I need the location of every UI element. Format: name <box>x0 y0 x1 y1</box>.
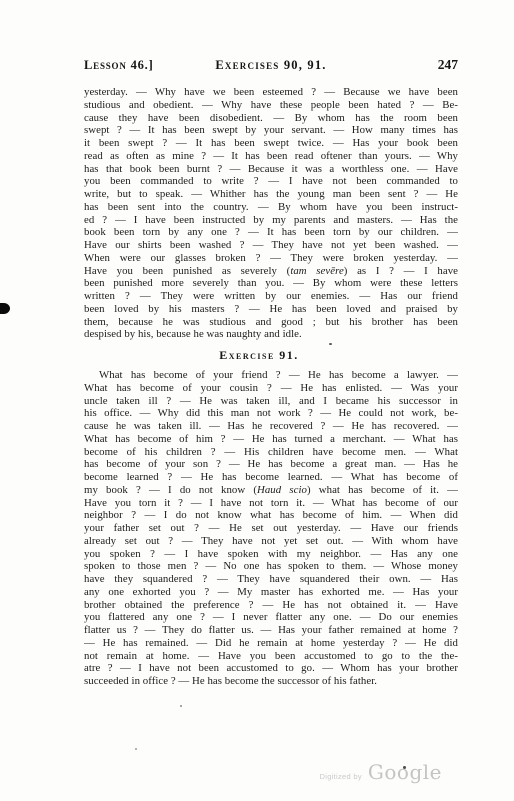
book-page: Lesson 46.] Exercises 90, 91. 247 yester… <box>0 0 514 801</box>
text-line: any one exhorted you ? — My master has e… <box>84 586 458 599</box>
text-line: uncle taken ill ? — He was taken ill, an… <box>84 395 458 408</box>
text-line: it been swept ? — It has been swept twic… <box>84 137 458 150</box>
text-line: When were our glasses broken ? — They we… <box>84 252 458 265</box>
text-line: studious and obedient. — Why have these … <box>84 99 458 112</box>
text-line: What has become of your friend ? — He ha… <box>84 369 458 382</box>
text-line: neighbor ? — I do not know what has beco… <box>84 509 458 522</box>
text-line: yesterday. — Why have we been esteemed ?… <box>84 86 458 99</box>
text-line: has that book been burnt ? — Because it … <box>84 163 458 176</box>
text-line: your father set out ? — He set out yeste… <box>84 522 458 535</box>
text-line: written ? — They were written by our ene… <box>84 290 458 303</box>
watermark: Digitized by Google <box>320 760 442 786</box>
text-line: — He has remained. — Did he remain at ho… <box>84 637 458 650</box>
exercise-91-paragraph: What has become of your friend ? — He ha… <box>84 369 458 688</box>
ink-speck <box>329 343 332 345</box>
text-line: despised by his, because he was naughty … <box>84 328 458 341</box>
ink-speck <box>135 748 137 750</box>
text-line: ed ? — I have been instructed by my pare… <box>84 214 458 227</box>
digitized-by-label: Digitized by <box>320 772 362 781</box>
text-line: his office. — Why did this man not work … <box>84 407 458 420</box>
text-line: has been sent into the country. — By who… <box>84 201 458 214</box>
text-line: spoken to those men ? — No one has spoke… <box>84 560 458 573</box>
text-line: my book ? — I do not know (Haud scio) wh… <box>84 484 458 497</box>
text-line: Have you been punished as severely (tam … <box>84 265 458 278</box>
text-line: Have our shirts been washed ? — They hav… <box>84 239 458 252</box>
text-line: not remain at home. — Have you been accu… <box>84 650 458 663</box>
text-line: already set out ? — They have not yet se… <box>84 535 458 548</box>
text-line: What has become of him ? — He has turned… <box>84 433 458 446</box>
text-line: been punished more severely than you. — … <box>84 277 458 290</box>
exercise-91-heading: Exercise 91. <box>84 348 434 363</box>
text-line: write, but to speak. — Whither has the y… <box>84 188 458 201</box>
running-title: Exercises 90, 91. <box>84 58 458 73</box>
text-line: What has become of your cousin ? — He ha… <box>84 382 458 395</box>
text-line: read as often as mine ? — It has been re… <box>84 150 458 163</box>
text-line: Have you torn it ? — I have not torn it.… <box>84 497 458 510</box>
google-logo: Google <box>368 760 442 784</box>
text-line: become learned ? — He has become learned… <box>84 471 458 484</box>
text-line: them, because he was studious and good ;… <box>84 316 458 329</box>
text-line: atre ? — I have not been accustomed to g… <box>84 662 458 675</box>
text-line: become of his children ? — His children … <box>84 446 458 459</box>
text-line: you flattered any one ? — I never flatte… <box>84 611 458 624</box>
text-line: cause he was taken ill. — Has he recover… <box>84 420 458 433</box>
text-line: brother obtained the preference ? — He h… <box>84 599 458 612</box>
text-line: has become of your son ? — He has become… <box>84 458 458 471</box>
text-line: been loved by his masters ? — He has bee… <box>84 303 458 316</box>
ink-speck <box>180 705 182 707</box>
exercise-90-paragraph: yesterday. — Why have we been esteemed ?… <box>84 86 458 341</box>
text-line: book been torn by any one ? — It has bee… <box>84 226 458 239</box>
ink-blot <box>0 303 10 314</box>
text-line: cause they have been disobedient. — By w… <box>84 112 458 125</box>
text-line: have they squandered ? — They have squan… <box>84 573 458 586</box>
text-line: flatter us ? — They do flatter us. — Has… <box>84 624 458 637</box>
text-line: you been commanded to write ? — I have n… <box>84 175 458 188</box>
page-number: 247 <box>438 57 458 73</box>
text-line: you spoken ? — I have spoken with my nei… <box>84 548 458 561</box>
text-line: succeeded in office ? — He has become th… <box>84 675 458 688</box>
page-header: Lesson 46.] Exercises 90, 91. 247 <box>84 58 458 74</box>
text-line: swept ? — It has been swept by your serv… <box>84 124 458 137</box>
